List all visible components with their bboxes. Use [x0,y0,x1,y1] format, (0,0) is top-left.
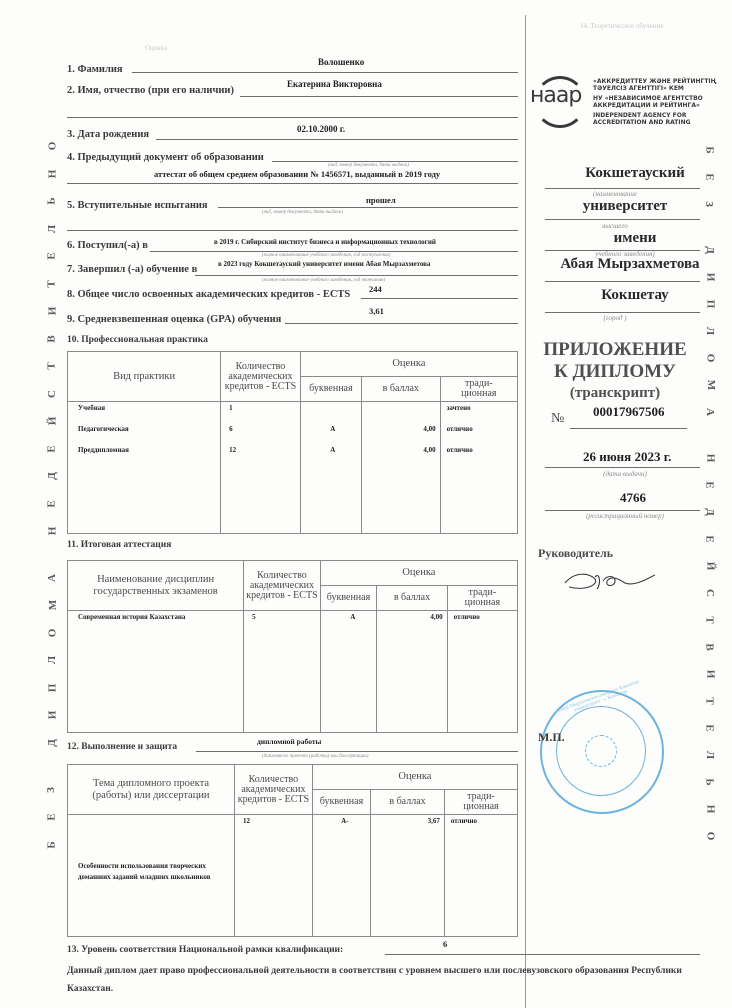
side-letter: И [704,273,716,282]
side-letter: Е [46,500,58,507]
name-value: Екатерина Викторовна [287,79,382,89]
row-traditional: отлично [454,613,480,621]
side-letter: Й [46,417,58,426]
side-letter: Е [704,481,716,488]
thesis-title: 12. Выполнение и защита [67,742,177,752]
practice-points-cell: 4,004,00 [362,402,441,534]
transcript-title-1: ПРИЛОЖЕНИЕ [535,339,695,361]
transcript-number-prefix: № [551,411,564,427]
thesis-name-cell: Особенности использования творческих дом… [68,815,235,937]
side-letter: Ь [704,778,716,785]
attestation-col-letter: буквенная [320,586,376,611]
practice-name-cell: УчебнаяПедагогическаяПреддипломная [68,402,221,534]
entrance-line-2 [67,230,518,231]
gpa-label: 9. Средневзвешенная оценка (GPA) обучени… [67,314,281,325]
name-line [240,96,518,97]
side-letter: А [704,408,716,416]
side-letter: И [704,670,716,679]
thesis-title-hint: (дипломного проекта (работы) или диссерт… [262,754,368,759]
row-credits: 12 [243,817,250,825]
agency-line-2: ТӘУЕЛСІЗ АГЕНТТІГІ» КЕМ [593,85,716,92]
rights-text: Данный диплом дает право профессионально… [67,962,717,998]
university-hint-2: высшего [560,222,670,230]
agency-logo: наар [530,83,581,108]
side-letter: З [703,201,715,207]
seal-label: М.П. [538,730,565,745]
side-letter: Т [704,697,716,704]
thesis-credits-cell: 12 [234,815,312,937]
row-name: Преддипломная [78,446,129,454]
name-line-2 [67,117,518,118]
university-city: Кокшетау [560,287,710,304]
side-letter: Л [46,656,58,664]
side-letter: Д [46,472,58,480]
prev-doc-value: аттестат об общем среднем образовании № … [154,169,440,179]
attestation-col-traditional: тради-ционная [447,586,517,611]
row-points: 3,67 [428,817,440,825]
thesis-col-traditional: тради-ционная [444,790,517,815]
transcript-number: 00017967506 [593,404,665,420]
gpa-line [285,323,518,324]
agency-line-6: ACCREDITATION AND RATING [593,119,716,126]
attestation-title: 11. Итоговая аттестация [67,540,171,550]
side-letter: О [46,142,58,151]
birthdate-label: 3. Дата рождения [67,129,149,140]
university-hint-1: (наименование [560,190,670,198]
university-underline-5 [545,312,700,313]
reg-number: 4766 [620,490,646,506]
birthdate-line [156,139,518,140]
row-credits: 1 [229,404,233,412]
credits-total-line [361,298,518,299]
agency-line-3: НУ «НЕЗАВИСИМОЕ АГЕНТСТВО [593,95,716,102]
thesis-points-cell: 3,67 [371,815,445,937]
side-letter: Е [704,724,716,731]
practice-title: 10. Профессиональная практика [67,335,208,345]
gpa-value: 3,61 [369,306,384,316]
issue-date: 26 июня 2023 г. [583,449,671,465]
side-letter: Е [46,813,58,820]
row-credits: 12 [229,446,236,454]
university-line-2: университет [560,198,690,215]
agency-line-1: «АККРЕДИТТЕУ ЖӘНЕ РЕЙТИНГТІҢ [593,78,716,85]
reg-number-hint: (регистрационный номер) [560,512,690,520]
thesis-table: Тема дипломного проекта (работы) или дис… [67,764,518,937]
side-letter: Т [704,616,716,623]
university-underline-1 [545,188,700,189]
practice-col-name: Вид практики [68,352,221,402]
side-letter: П [46,683,58,692]
side-letter: В [704,643,716,650]
row-letter: A [321,613,385,621]
entrance-hint: (вид, номер документа, дата выдачи) [262,210,343,215]
row-credits: 6 [229,425,233,433]
side-letter: З [45,787,57,793]
practice-credits-cell: 1612 [221,402,301,534]
enrolled-value: в 2019 г. Сибирский институт бизнеса и и… [214,238,436,246]
attestation-traditional-cell: отлично [447,611,517,733]
side-letter: Н [704,805,716,814]
prev-doc-line [272,161,518,162]
transcript-title-2: К ДИПЛОМУ [535,361,695,383]
surname-label: 1. Фамилия [67,64,123,75]
prev-doc-line-2 [67,183,518,184]
side-letter: Л [704,327,716,335]
side-letter: Д [46,739,58,747]
side-letter: Д [704,508,716,516]
university-line-1: Кокшетауский [560,165,710,182]
row-letter: A [301,425,365,433]
side-letter: Л [704,751,716,759]
practice-col-traditional: тради-ционная [440,377,517,402]
agency-line-4: АККРЕДИТАЦИИ И РЕЙТИНГА» [593,102,716,109]
surname-value: Волошенко [318,57,364,67]
reg-number-line [545,510,700,511]
entrance-line [218,207,518,208]
row-points: 4,00 [423,425,435,433]
side-letter: Л [46,224,58,232]
row-traditional: отлично [447,425,473,433]
side-letter: О [704,832,716,841]
nqf-line [385,954,700,955]
side-letter: Е [46,445,58,452]
completed-line [195,275,518,276]
enrolled-hint: (полное наименование учебного заведения,… [262,253,391,258]
row-name: Современная история Казахстана [78,613,185,621]
attestation-col-grade: Оценка [320,561,517,586]
issue-date-hint: (дата выдачи) [560,470,690,478]
side-letter: Т [46,280,58,287]
side-letter: Е [46,252,58,259]
side-letter: Е [704,535,716,542]
entrance-value: прошел [366,195,396,205]
side-letter: Й [704,562,716,571]
attestation-col-points: в баллах [377,586,447,611]
thesis-traditional-cell: отлично [444,815,517,937]
row-name: Педагогическая [78,425,129,433]
enrolled-label: 6. Поступил(-а) в [67,240,148,251]
university-line-4: Абая Мырзахметова [550,256,710,273]
surname-line [132,72,518,73]
row-letter: A- [313,817,377,825]
side-letter: Ь [46,197,58,204]
side-letter: Б [46,841,58,848]
side-letter: С [704,589,716,597]
row-points: 4,00 [423,446,435,454]
row-letter: A [301,446,365,454]
university-underline-4 [545,281,700,282]
row-traditional: отлично [451,817,477,825]
side-letter: Н [704,454,716,463]
row-traditional: зачтено [447,404,471,412]
attestation-col-name: Наименование дисциплин государственных э… [68,561,244,611]
nqf-label: 13. Уровень соответствия Национальной ра… [67,945,343,955]
side-letter: М [47,600,59,610]
thesis-col-points: в баллах [371,790,445,815]
ghost-top-grade: Оценка [145,44,167,52]
side-letter: М [705,380,717,390]
side-letter: Н [46,169,58,178]
side-letter: Д [704,246,716,254]
ghost-top-right: 14. Теоретическое обучение [580,22,663,30]
thesis-letter-cell: A- [312,815,370,937]
practice-col-letter: буквенная [300,377,361,402]
side-letter: В [46,335,58,342]
side-letter: Т [46,362,58,369]
ghost-divider [525,15,526,1008]
entrance-label: 5. Вступительные испытания [67,200,208,211]
row-points: 4,00 [430,613,442,621]
row-name: Особенности использования творческих дом… [78,861,238,883]
practice-col-points: в баллах [362,377,441,402]
attestation-name-cell: Современная история Казахстана [68,611,244,733]
stamp-emblem [585,735,617,767]
practice-letter-cell: AA [300,402,361,534]
practice-col-grade: Оценка [300,352,517,377]
head-label: Руководитель [538,546,613,561]
practice-table: Вид практики Количество академических кр… [67,351,518,534]
side-letter: И [46,711,58,720]
row-traditional: отлично [447,446,473,454]
university-underline-2 [545,219,700,220]
side-letter: А [46,574,58,582]
thesis-col-credits: Количество академических кредитов - ECTS [234,765,312,815]
prev-doc-label: 4. Предыдущий документ об образовании [67,152,264,163]
transcript-number-line [570,428,687,429]
thesis-col-name: Тема дипломного проекта (работы) или дис… [68,765,235,815]
attestation-points-cell: 4,00 [377,611,447,733]
prev-doc-hint: (вид, номер документа, дата выдачи) [328,163,409,168]
name-label: 2. Имя, отчество (при его наличии) [67,85,234,96]
attestation-credits-cell: 5 [244,611,321,733]
row-credits: 5 [252,613,256,621]
university-line-3: имени [560,230,710,247]
row-name: Учебная [78,404,105,412]
issue-date-line [545,467,700,468]
enrolled-line [150,251,518,252]
side-letter: Б [704,146,716,153]
university-city-hint: (город ) [560,314,670,322]
birthdate-value: 02.10.2000 г. [297,124,345,134]
side-letter: О [704,354,716,363]
credits-total-value: 244 [369,284,382,294]
thesis-title-line [196,751,518,752]
agency-text: «АККРЕДИТТЕУ ЖӘНЕ РЕЙТИНГТІҢ ТӘУЕЛСІЗ АГ… [593,78,716,126]
credits-total-label: 8. Общее число освоенных академических к… [67,289,350,300]
attestation-table: Наименование дисциплин государственных э… [67,560,518,733]
agency-line-5: INDEPENDENT AGENCY FOR [593,112,716,119]
practice-traditional-cell: зачтеноотличноотлично [440,402,517,534]
completed-value: в 2023 году Кокшетауский университет име… [218,260,430,268]
thesis-title-value: дипломной работы [257,737,321,746]
completed-hint: (полное наименование учебного заведения,… [262,278,385,283]
side-letter: О [46,628,58,637]
attestation-letter-cell: A [320,611,376,733]
thesis-col-letter: буквенная [312,790,370,815]
side-letter: С [46,390,58,398]
transcript-title-3: (транскрипт) [535,385,695,402]
nqf-value: 6 [443,939,447,949]
side-letter: Н [46,527,58,536]
thesis-col-grade: Оценка [312,765,517,790]
completed-label: 7. Завершил (-а) обучение в [67,264,197,275]
attestation-col-credits: Количество академических кредитов - ECTS [244,561,321,611]
practice-col-credits: Количество академических кредитов - ECTS [221,352,301,402]
signature-icon [555,565,665,595]
side-letter: И [46,307,58,316]
